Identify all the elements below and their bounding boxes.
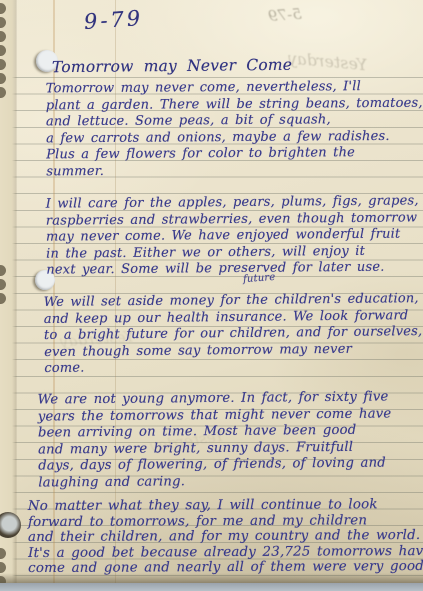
handwritten-line: a few carrots and onions, maybe a few ra…	[46, 128, 423, 147]
bleed-through-date: 5-79	[267, 5, 302, 25]
handwritten-line: summer.	[46, 161, 423, 180]
handwritten-line: next year. Some will be preserved for la…	[46, 259, 419, 279]
handwritten-line: laughing and caring.	[38, 472, 392, 492]
paragraph-3: We will set aside money for the children…	[44, 291, 423, 377]
page-bottom-shadow	[0, 573, 423, 583]
page-date: 9-79	[83, 6, 144, 34]
paragraph-5: No matter what they say, I will continue…	[28, 497, 423, 577]
bleed-through-script: Yesterday	[287, 49, 368, 75]
interlinear-insertion: future	[243, 272, 276, 285]
handwritten-line: plant a garden. There will be string bea…	[46, 95, 423, 114]
paragraph-2: I will care for the apples, pears, plums…	[46, 193, 420, 279]
handwritten-line: No matter what they say, I will continue…	[28, 497, 423, 515]
paragraph-4: We are not young anymore. In fact, for s…	[38, 389, 392, 492]
journal-page: 5-79 Yesterday Yesterday Yesterday 9-79 …	[0, 0, 423, 591]
handwritten-line: and their children, and for my country a…	[28, 528, 423, 546]
paragraph-1: Tomorrow may never come, nevertheless, I…	[46, 79, 423, 181]
scanner-background	[0, 583, 423, 591]
page-title: Tomorrow may Never Come	[52, 56, 292, 77]
handwritten-line: days, days of flowering, of friends, of …	[38, 456, 392, 476]
